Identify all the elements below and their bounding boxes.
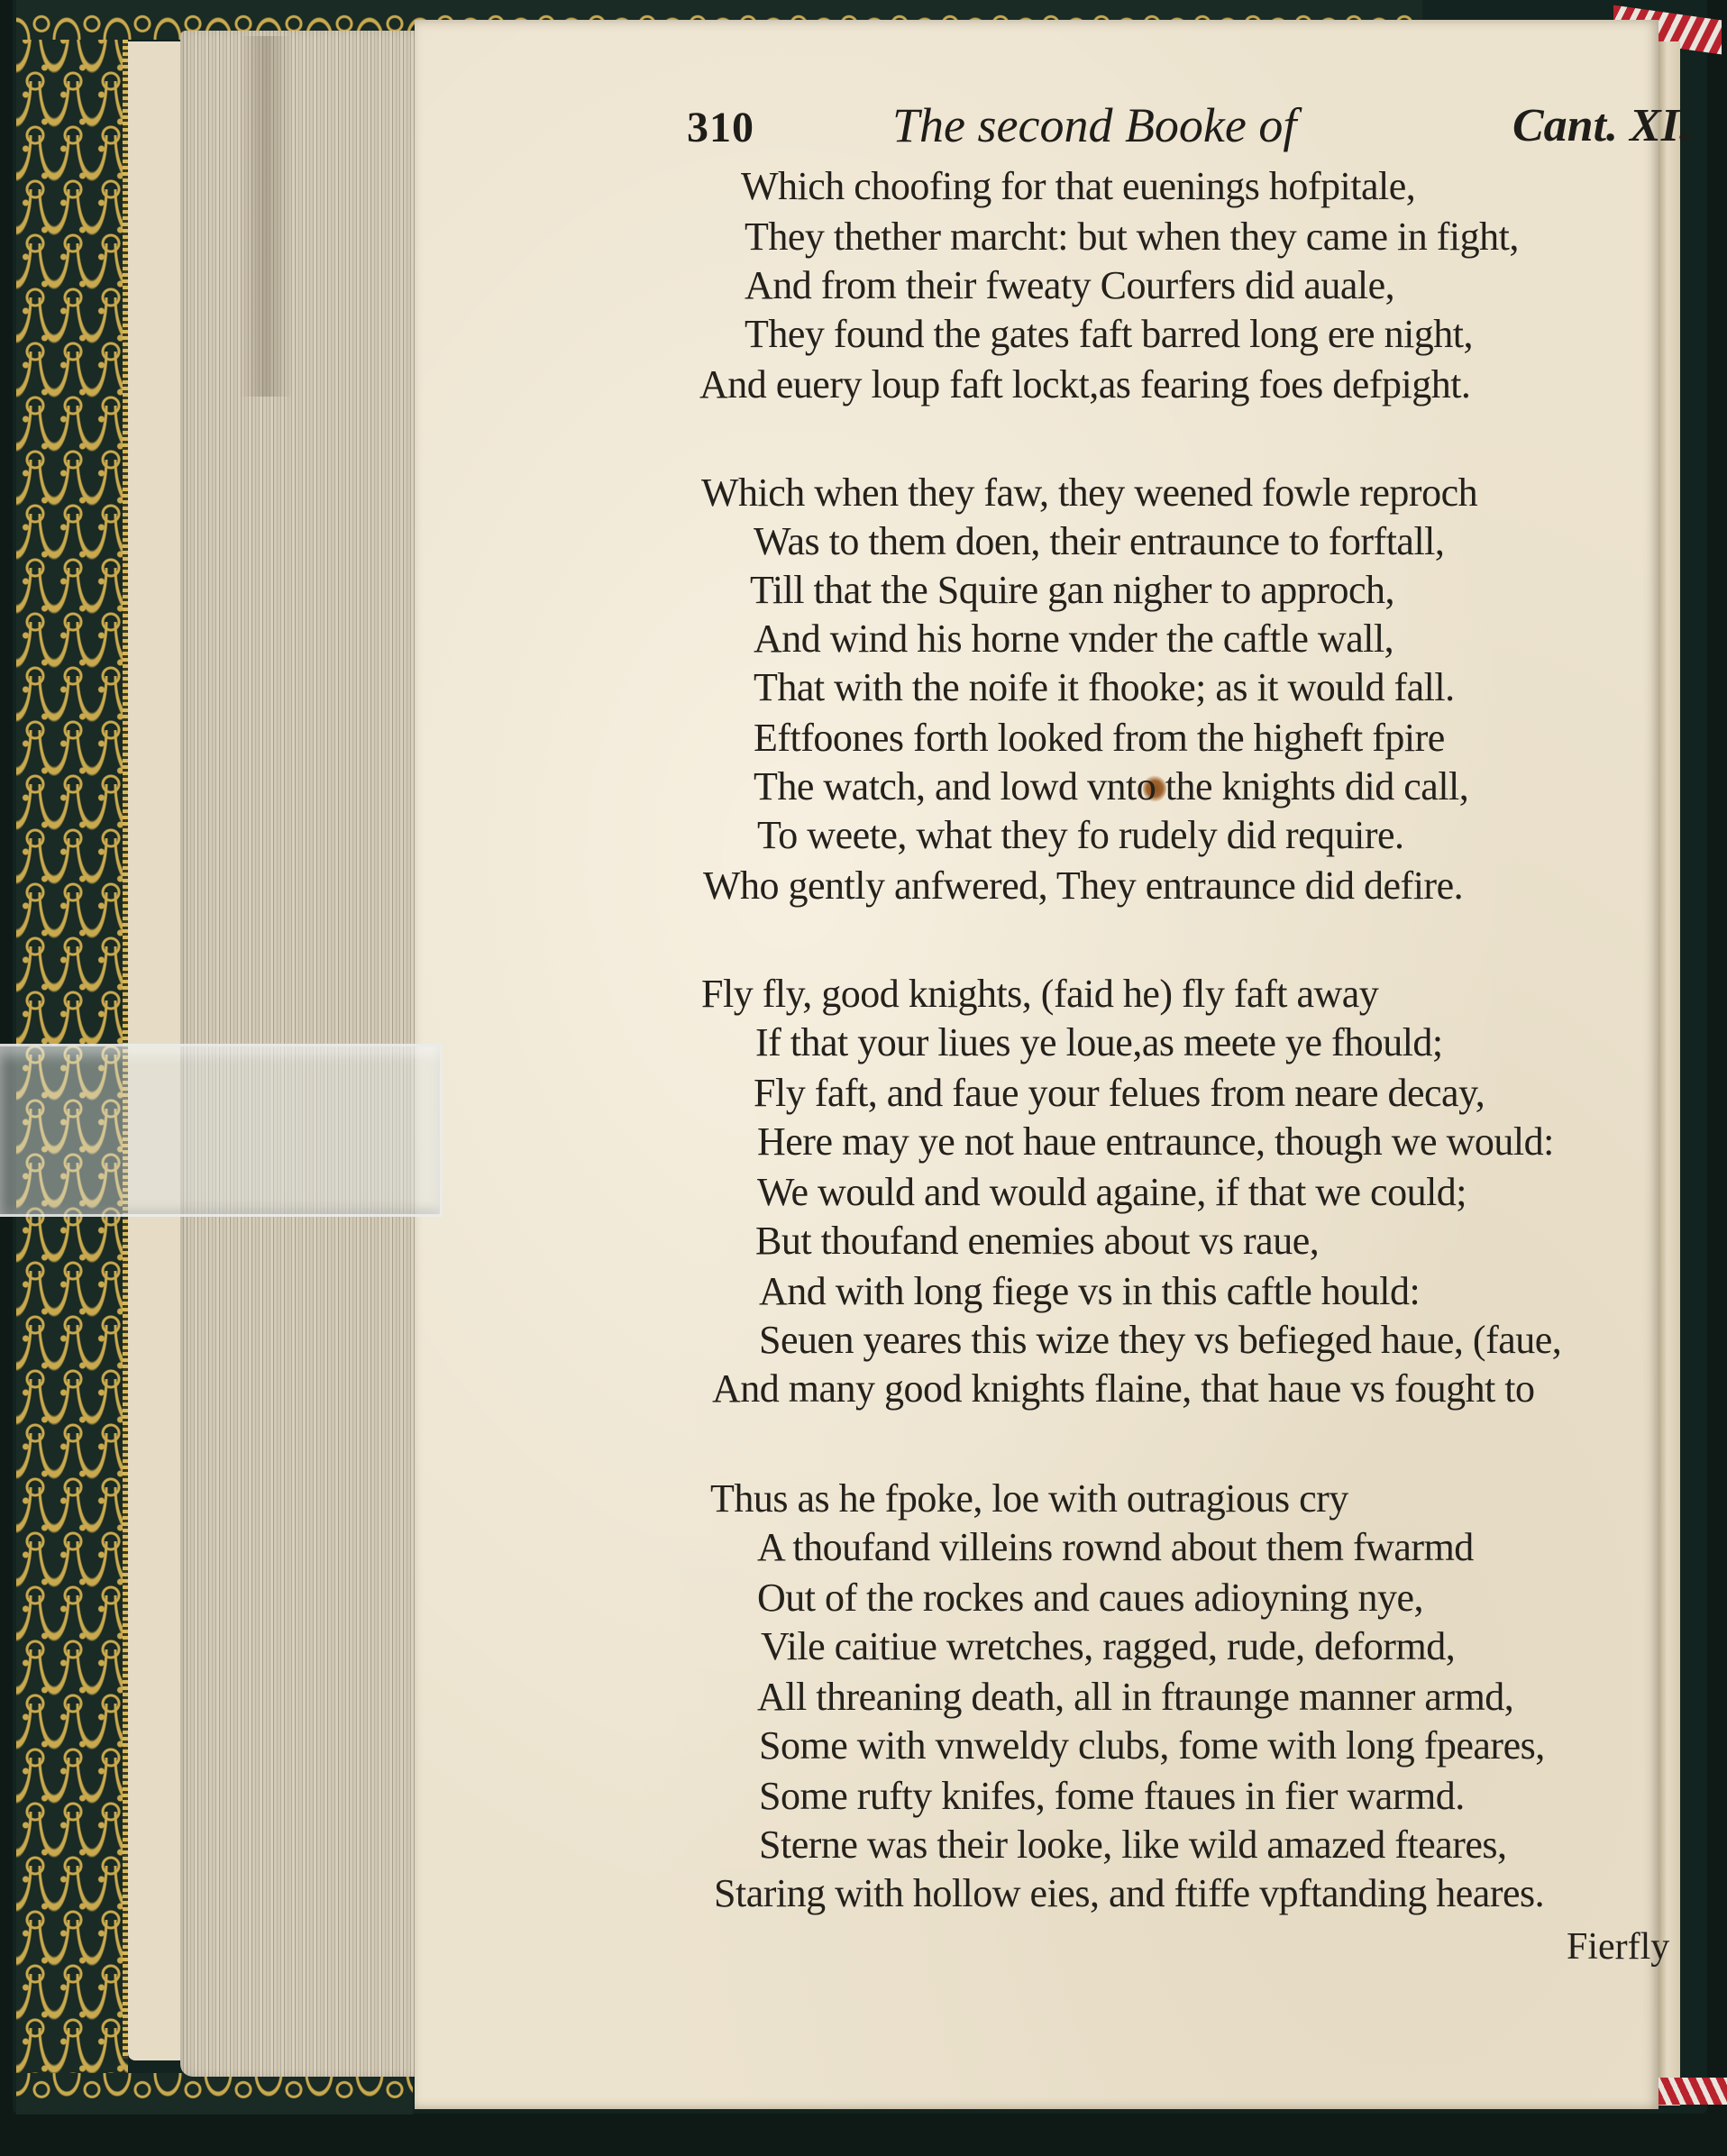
- verse-line: Till that the Squire gan nigher to appro…: [750, 568, 1394, 613]
- verse-line: A thoufand villeins rownd about them fwa…: [757, 1525, 1474, 1570]
- verse-line: Seuen yeares this wize they vs befieged …: [759, 1318, 1561, 1363]
- verse-line: And from their fweaty Courfers did auale…: [745, 263, 1394, 308]
- verse-line: And many good knights flaine, that haue …: [712, 1366, 1535, 1411]
- headband-bottom: [1658, 2078, 1727, 2105]
- verse-line: Vile caitiue wretches, ragged, rude, def…: [761, 1624, 1455, 1669]
- verse-line: Which when they faw, they weened fowle r…: [701, 470, 1477, 516]
- verse-line: Who gently anfwered, They entraunce did …: [703, 863, 1463, 909]
- verse-line: Out of the rockes and caues adioyning ny…: [757, 1576, 1423, 1621]
- verse-line: Was to them doen, their entraunce to for…: [754, 519, 1444, 564]
- verse-line: Some rufty knifes, fome ftaues in fier w…: [759, 1774, 1465, 1819]
- verse-line: They found the gates faft barred long er…: [745, 312, 1473, 357]
- verse-line: We would and would againe, if that we co…: [757, 1170, 1467, 1215]
- verse-line: If that your liues ye loue,as meete ye f…: [755, 1020, 1443, 1065]
- verse-line: All threaning death, all in ftraunge man…: [757, 1675, 1513, 1720]
- verse-line: Sterne was their looke, like wild amazed…: [759, 1823, 1507, 1868]
- verse-line: Fly fly, good knights, (faid he) fly faf…: [701, 972, 1378, 1017]
- canto-label: Cant. XI.: [1512, 99, 1691, 152]
- verse-line: Eftfoones forth looked from the higheft …: [754, 716, 1445, 761]
- verse-line: And with long fiege vs in this caftle ho…: [759, 1269, 1420, 1314]
- verse-line: Staring with hollow eies, and ftiffe vpf…: [714, 1871, 1544, 1916]
- gilt-tooled-border-bottom: [16, 2073, 413, 2115]
- verse-line: And euery loup faft lockt,as fearing foe…: [699, 362, 1470, 407]
- next-page-edge: [1658, 41, 1680, 2106]
- verse-line: Thus as he fpoke, loe with outragious cr…: [710, 1476, 1348, 1521]
- verse-line: Which choofing for that euenings hofpita…: [741, 164, 1415, 209]
- running-title: The second Booke of: [892, 97, 1296, 153]
- verse-line: But thoufand enemies about vs raue,: [755, 1219, 1319, 1264]
- page-number: 310: [687, 103, 754, 152]
- page-stack-stain: [239, 36, 293, 397]
- verse-line: Here may ye not haue entraunce, though w…: [757, 1119, 1554, 1165]
- catchword: Fierfly: [1567, 1925, 1669, 1969]
- running-head: 310 The second Booke of Cant. XI.: [0, 97, 1727, 169]
- acrylic-page-holder: [0, 1044, 443, 1217]
- verse-line: To weete, what they fo rudely did requir…: [757, 813, 1404, 858]
- verse-line: The watch, and lowd vnto the knights did…: [754, 764, 1468, 809]
- verse-line: That with the noife it fhooke; as it wou…: [754, 665, 1455, 710]
- verse-line: Some with vnweldy clubs, fome with long …: [759, 1723, 1545, 1768]
- verse-line: Fly faft, and faue your felues from near…: [754, 1071, 1485, 1116]
- verse-line: And wind his horne vnder the caftle wall…: [754, 617, 1393, 662]
- verse-line: They thether marcht: but when they came …: [745, 215, 1519, 260]
